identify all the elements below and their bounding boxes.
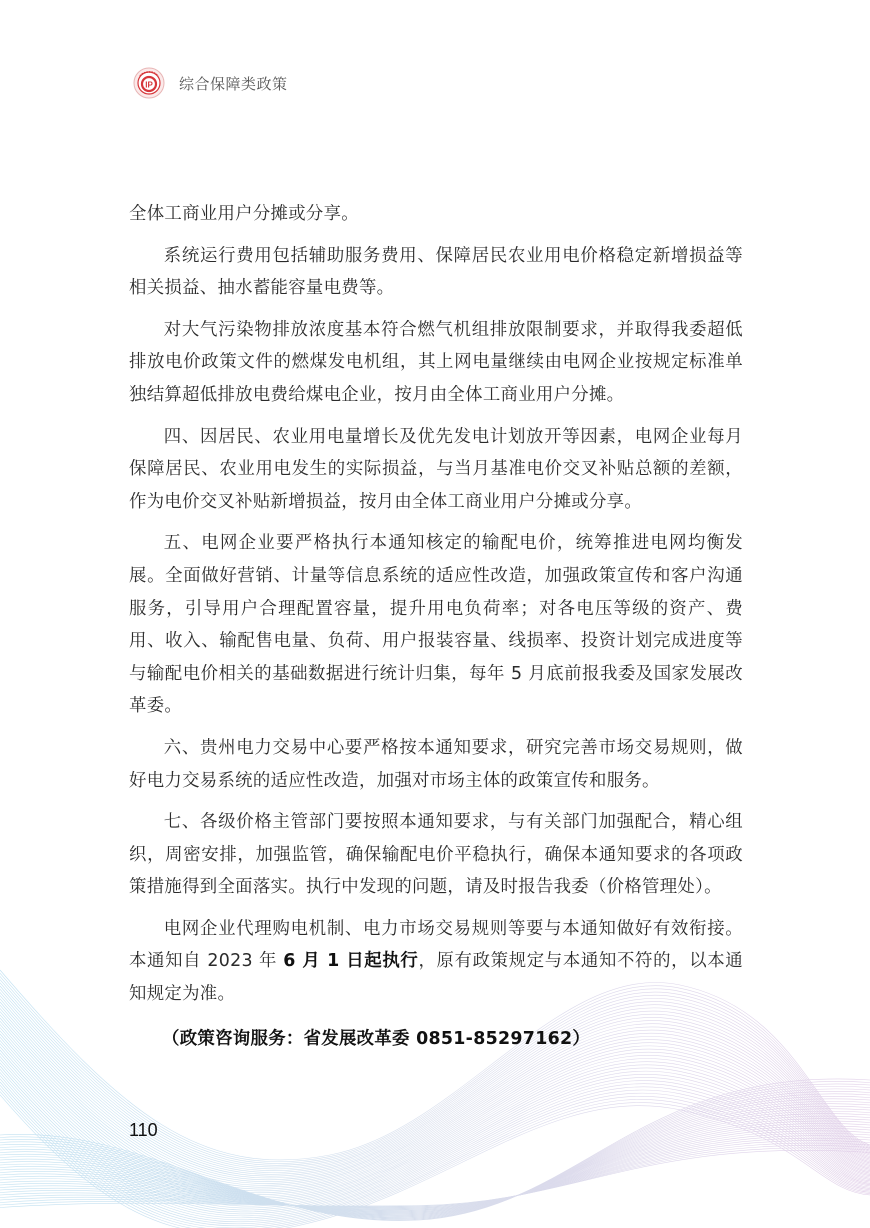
paragraph: 系统运行费用包括辅助服务费用、保障居民农业用电价格稳定新增损益等相关损益、抽水蓄… xyxy=(129,240,743,305)
paragraph-item-5: 五、电网企业要严格执行本通知核定的输配电价，统筹推进电网均衡发展。全面做好营销、… xyxy=(129,527,743,723)
svg-text:IP: IP xyxy=(145,81,153,90)
consult-contact-line: （政策咨询服务：省发展改革委 0851-85297162） xyxy=(129,1023,743,1056)
paragraph: 对大气污染物排放浓度基本符合燃气机组排放限制要求，并取得我委超低排放电价政策文件… xyxy=(129,314,743,412)
page-number: 110 xyxy=(129,1120,158,1141)
seal-emblem-icon: IP xyxy=(133,67,165,99)
document-body: 全体工商业用户分摊或分享。 系统运行费用包括辅助服务费用、保障居民农业用电价格稳… xyxy=(129,198,743,1064)
paragraph-item-6: 六、贵州电力交易中心要严格按本通知要求，研究完善市场交易规则，做好电力交易系统的… xyxy=(129,732,743,797)
effective-prefix: 本通知自 2023 年 xyxy=(129,951,283,971)
paragraph-item-4: 四、因居民、农业用电量增长及优先发电计划放开等因素，电网企业每月保障居民、农业用… xyxy=(129,421,743,519)
paragraph-item-7: 七、各级价格主管部门要按照本通知要求，与有关部门加强配合，精心组织，周密安排，加… xyxy=(129,806,743,904)
paragraph-text: 电网企业代理购电机制、电力市场交易规则等要与本通知做好有效衔接。 xyxy=(164,919,743,939)
effective-date-paragraph: 电网企业代理购电机制、电力市场交易规则等要与本通知做好有效衔接。本通知自 202… xyxy=(129,913,743,1011)
effective-date-bold: 6 月 1 日起执行 xyxy=(283,951,418,971)
paragraph: 全体工商业用户分摊或分享。 xyxy=(129,198,743,231)
page-header: IP 综合保障类政策 xyxy=(133,66,288,100)
section-title: 综合保障类政策 xyxy=(179,73,288,94)
